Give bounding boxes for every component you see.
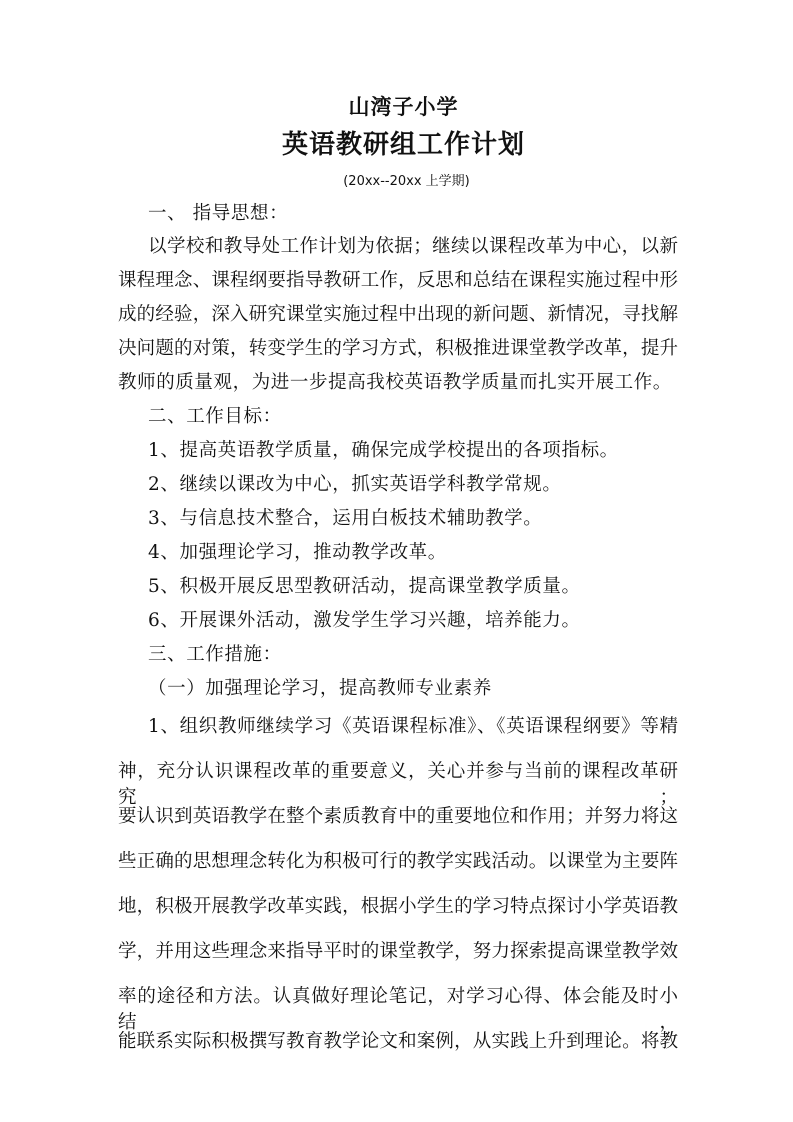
goal-item: 5、积极开展反思型教研活动，提高课堂教学质量。	[148, 574, 581, 600]
paragraph-line: 以学校和教导处工作计划为依据；继续以课程改革为中心，以新	[148, 234, 678, 260]
section-heading-guiding-thought: 一、 指导思想：	[148, 201, 288, 227]
paragraph-line: 地，积极开展教学改革实践，根据小学生的学习特点探讨小学英语教	[118, 894, 678, 920]
goal-item: 3、与信息技术整合，运用白板技术辅助教学。	[148, 506, 542, 532]
paragraph-line: 成的经验，深入研究课堂实施过程中出现的新问题、新情况，寻找解	[118, 302, 678, 328]
section-heading-work-goals: 二、工作目标：	[148, 404, 282, 430]
document-title: 英语教研组工作计划	[0, 126, 793, 164]
goal-item: 1、提高英语教学质量，确保完成学校提出的各项指标。	[148, 438, 619, 464]
paragraph-line: 要认识到英语教学在整个素质教育中的重要地位和作用；并努力将这	[118, 804, 678, 830]
goal-item: 2、继续以课改为中心，抓实英语学科教学常规。	[148, 472, 561, 498]
school-name: 山湾子小学	[0, 92, 793, 122]
paragraph-line: 教师的质量观，为进一步提高我校英语教学质量而扎实开展工作。	[118, 370, 672, 396]
goal-item: 4、加强理论学习，推动教学改革。	[148, 540, 447, 566]
paragraph-line: 决问题的对策，转变学生的学习方式，积极推进课堂教学改革，提升	[118, 336, 678, 362]
paragraph-line: 学，并用这些理念来指导平时的课堂教学，努力探索提高课堂教学效	[118, 939, 678, 965]
subsection-heading: （一）加强理论学习，提高教师专业素养	[148, 676, 492, 702]
paragraph-line: 1、组织教师继续学习《英语课程标准》、《英语课程纲要》等精	[148, 714, 678, 740]
goal-item: 6、开展课外活动，激发学生学习兴趣，培养能力。	[148, 608, 581, 634]
paragraph-line: 能联系实际积极撰写教育教学论文和案例，从实践上升到理论。将教	[118, 1029, 678, 1055]
document-page: 山湾子小学 英语教研组工作计划 (20xx--20xx 上学期) 一、 指导思想…	[0, 0, 793, 1122]
section-heading-work-measures: 三、工作措施：	[148, 642, 282, 668]
term-subtitle: (20xx--20xx 上学期)	[0, 172, 793, 192]
paragraph-line: 课程理念、课程纲要指导教研工作，反思和总结在课程实施过程中形	[118, 268, 678, 294]
paragraph-line: 些正确的思想理念转化为积极可行的教学实践活动。以课堂为主要阵	[118, 849, 678, 875]
